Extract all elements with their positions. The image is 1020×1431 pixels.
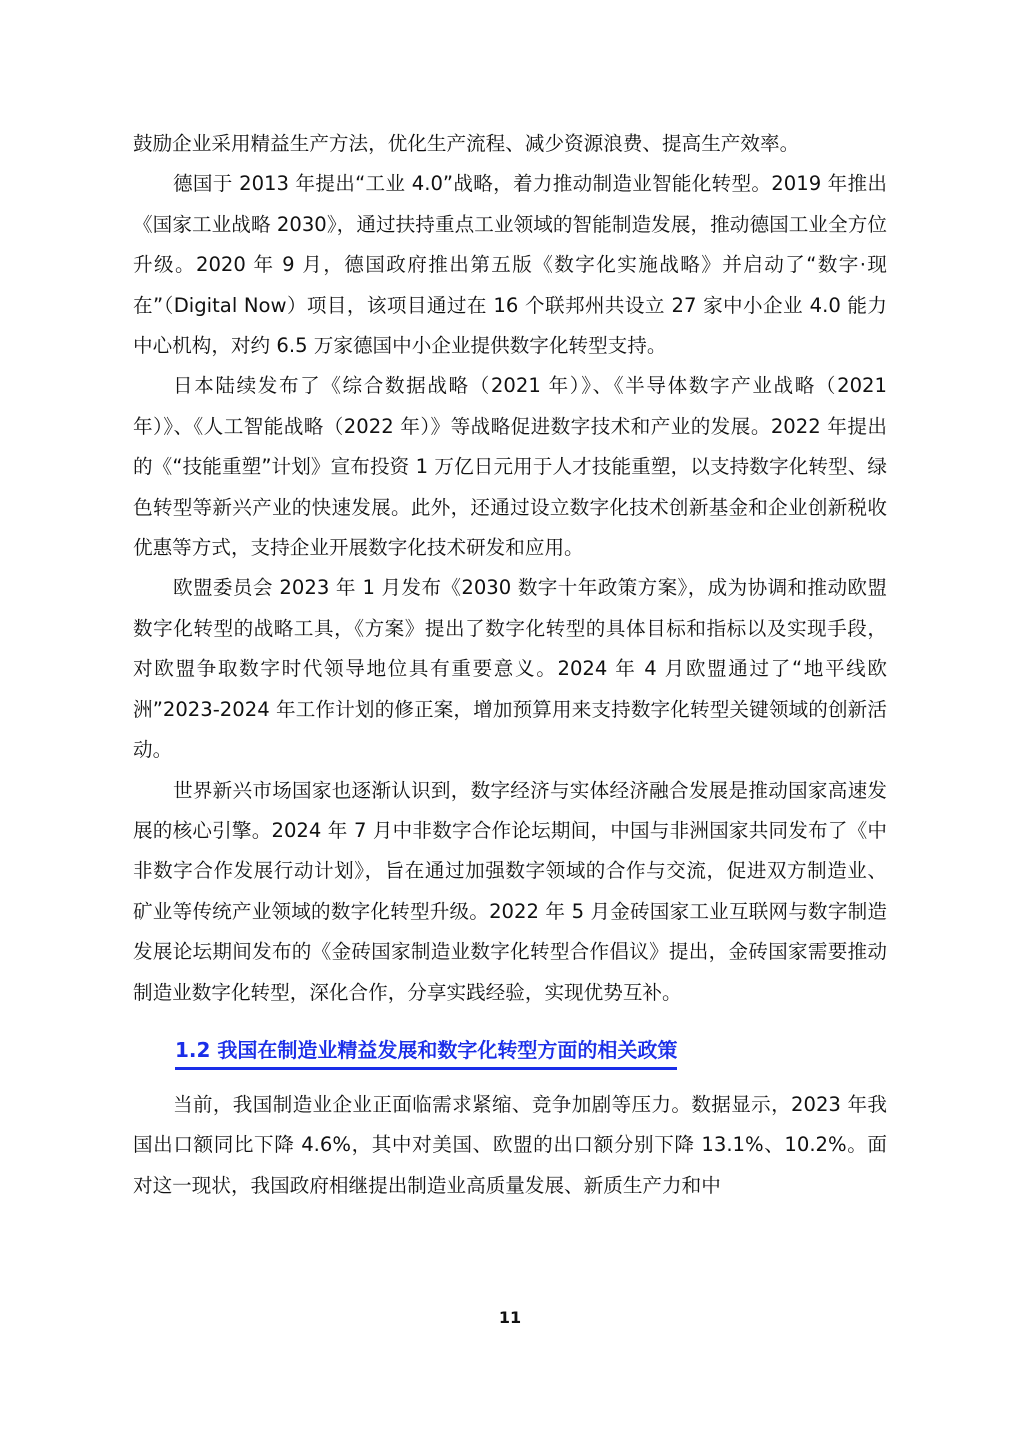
paragraph-china-current-situation: 当前，我国制造业企业正面临需求紧缩、竞争加剧等压力。数据显示，2023 年我国出… [133, 1085, 887, 1206]
paragraph-germany: 德国于 2013 年提出“工业 4.0”战略，着力推动制造业智能化转型。2019… [133, 164, 887, 366]
document-page: 鼓励企业采用精益生产方法，优化生产流程、减少资源浪费、提高生产效率。 德国于 2… [133, 124, 887, 1206]
section-heading-container: 1.2 我国在制造业精益发展和数字化转型方面的相关政策 [133, 1013, 887, 1085]
paragraph-japan: 日本陆续发布了《综合数据战略（2021 年）》、《半导体数字产业战略（2021 … [133, 366, 887, 568]
paragraph-emerging-markets: 世界新兴市场国家也逐渐认识到，数字经济与实体经济融合发展是推动国家高速发展的核心… [133, 771, 887, 1013]
section-heading: 1.2 我国在制造业精益发展和数字化转型方面的相关政策 [175, 1035, 677, 1070]
paragraph-eu: 欧盟委员会 2023 年 1 月发布《2030 数字十年政策方案》，成为协调和推… [133, 568, 887, 770]
page-number: 11 [0, 1308, 1020, 1327]
paragraph-lean-production-continuation: 鼓励企业采用精益生产方法，优化生产流程、减少资源浪费、提高生产效率。 [133, 124, 887, 164]
